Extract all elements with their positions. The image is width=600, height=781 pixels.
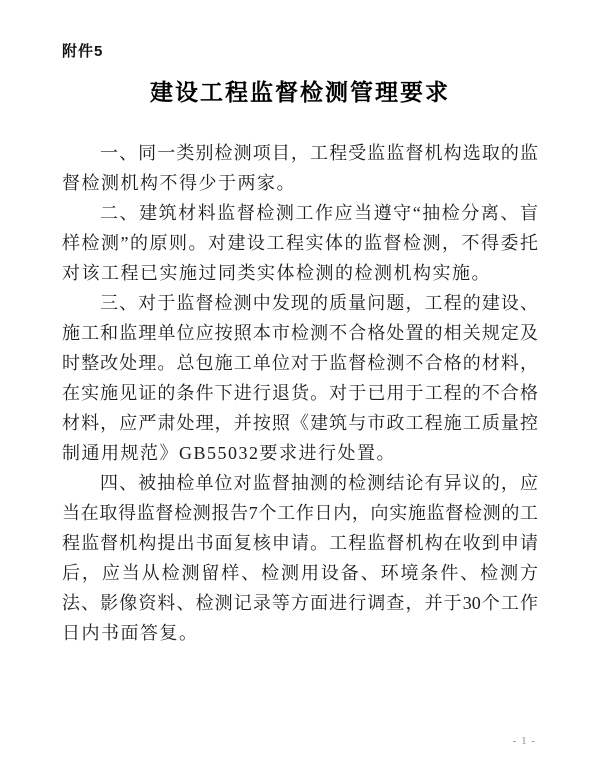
text-line: 样检测”的原则。对建设工程实体的监督检测，不得委托 xyxy=(62,228,538,258)
text-line: 施工和监理单位应按照本市检测不合格处置的相关规定及 xyxy=(62,318,538,348)
document-body: 一、同一类别检测项目，工程受监监督机构选取的监 督检测机构不得少于两家。 二、建… xyxy=(62,138,538,648)
text-line: 当在取得监督检测报告7个工作日内，向实施监督检测的工 xyxy=(62,498,538,528)
text-line: 对该工程已实施过同类实体检测的检测机构实施。 xyxy=(62,258,538,288)
document-page: 附件5 建设工程监督检测管理要求 一、同一类别检测项目，工程受监监督机构选取的监… xyxy=(0,0,600,781)
paragraph-3: 三、对于监督检测中发现的质量问题，工程的建设、 施工和监理单位应按照本市检测不合… xyxy=(62,288,538,468)
paragraph-4: 四、被抽检单位对监督抽测的检测结论有异议的，应 当在取得监督检测报告7个工作日内… xyxy=(62,468,538,648)
text-line: 后，应当从检测留样、检测用设备、环境条件、检测方 xyxy=(62,558,538,588)
text-line: 法、影像资料、检测记录等方面进行调查，并于30个工作 xyxy=(62,588,538,618)
paragraph-2: 二、建筑材料监督检测工作应当遵守“抽检分离、盲 样检测”的原则。对建设工程实体的… xyxy=(62,198,538,288)
text-line: 一、同一类别检测项目，工程受监监督机构选取的监 xyxy=(62,138,538,168)
text-line: 时整改处理。总包施工单位对于监督检测不合格的材料， xyxy=(62,348,538,378)
text-line: 制通用规范》GB55032要求进行处置。 xyxy=(62,438,538,468)
text-line: 督检测机构不得少于两家。 xyxy=(62,168,538,198)
page-number: - 1 - xyxy=(513,735,536,747)
text-line: 在实施见证的条件下进行退货。对于已用于工程的不合格 xyxy=(62,378,538,408)
document-title: 建设工程监督检测管理要求 xyxy=(0,74,600,107)
text-line: 四、被抽检单位对监督抽测的检测结论有异议的，应 xyxy=(62,468,538,498)
text-line: 二、建筑材料监督检测工作应当遵守“抽检分离、盲 xyxy=(62,198,538,228)
attachment-label: 附件5 xyxy=(62,40,103,61)
text-line: 日内书面答复。 xyxy=(62,618,538,648)
text-line: 材料，应严肃处理，并按照《建筑与市政工程施工质量控 xyxy=(62,408,538,438)
paragraph-1: 一、同一类别检测项目，工程受监监督机构选取的监 督检测机构不得少于两家。 xyxy=(62,138,538,198)
text-line: 三、对于监督检测中发现的质量问题，工程的建设、 xyxy=(62,288,538,318)
text-line: 程监督机构提出书面复核申请。工程监督机构在收到申请 xyxy=(62,528,538,558)
